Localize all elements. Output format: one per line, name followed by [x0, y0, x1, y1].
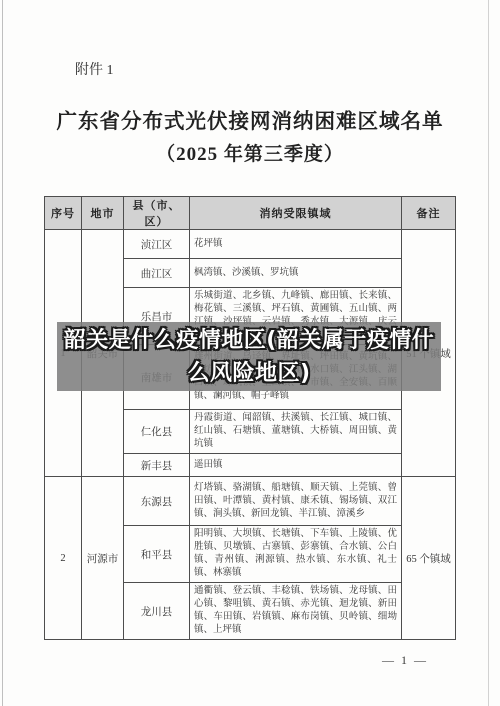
watermark-text-line2: 么风险地区) [187, 357, 310, 390]
towns-cell: 丹霞街道、闻韶镇、扶溪镇、长江镇、城口镇、红山镇、石塘镇、董塘镇、大桥镇、周田镇… [190, 410, 402, 454]
column-header-city: 地市 [82, 197, 124, 230]
towns-cell: 阳明镇、大坝镇、长塘镇、下车镇、上陵镇、优胜镇、贝墩镇、古寨镇、彭寨镇、合水镇、… [190, 526, 402, 583]
city-cell: 河源市 [82, 477, 124, 640]
table-row: 2 河源市 东源县 灯塔镇、骆湖镇、船塘镇、顺天镇、上莞镇、曾田镇、叶潭镇、黄村… [45, 477, 456, 526]
column-header-county: 县（市、区） [124, 197, 190, 230]
attachment-label: 附件 1 [75, 59, 114, 79]
column-header-remark: 备注 [402, 197, 456, 230]
seq-cell: 2 [45, 477, 82, 640]
county-cell: 曲江区 [124, 259, 190, 288]
county-cell: 浈江区 [124, 230, 190, 259]
towns-cell: 花坪镇 [190, 230, 402, 259]
page-subtitle: （2025 年第三季度） [0, 139, 500, 166]
remark-cell: 65 个镇域 [402, 477, 456, 640]
region-table: 序号 地市 县（市、区） 消纳受限镇域 备注 1 韶关市 浈江区 花坪镇 51 … [44, 196, 456, 640]
watermark-text-line1: 韶关是什么疫情地区(韶关属于疫情什 [64, 324, 435, 357]
county-cell: 和平县 [124, 526, 190, 583]
county-cell: 仁化县 [124, 410, 190, 454]
page-number-text: — 1 — [345, 653, 465, 668]
county-cell: 东源县 [124, 477, 190, 526]
column-header-towns: 消纳受限镇域 [190, 197, 402, 230]
column-header-seq: 序号 [45, 197, 82, 230]
table-row: 1 韶关市 浈江区 花坪镇 51 个镇域 [45, 230, 456, 259]
towns-cell: 通衢镇、登云镇、丰稔镇、铁场镇、龙母镇、田心镇、黎咀镇、黄石镇、赤光镇、迴龙镇、… [190, 583, 402, 640]
page-number: — 1 — [0, 653, 500, 668]
towns-cell: 遥田镇 [190, 454, 402, 477]
county-cell: 龙川县 [124, 583, 190, 640]
page-title: 广东省分布式光伏接网消纳困难区域名单 [0, 104, 500, 134]
watermark-overlay: 韶关是什么疫情地区(韶关属于疫情什 么风险地区) [57, 322, 441, 391]
table-header-row: 序号 地市 县（市、区） 消纳受限镇域 备注 [45, 197, 456, 230]
towns-cell: 枫湾镇、沙溪镇、罗坑镇 [190, 259, 402, 288]
county-cell: 新丰县 [124, 454, 190, 477]
towns-cell: 灯塔镇、骆湖镇、船塘镇、顺天镇、上莞镇、曾田镇、叶潭镇、黄村镇、康禾镇、锡场镇、… [190, 477, 402, 526]
